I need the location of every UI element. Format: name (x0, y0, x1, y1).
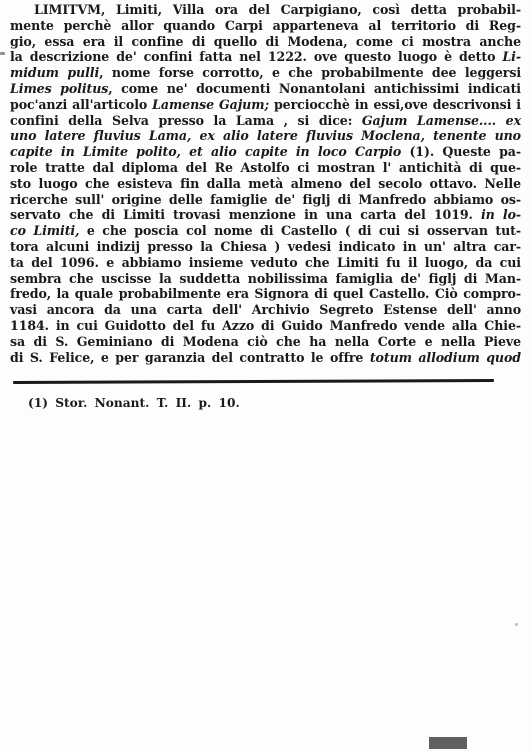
text-line: role tratte dal diploma del Re Astolfo c… (10, 160, 521, 176)
text-line: capite in Limite polito, et alio capite … (10, 144, 521, 160)
text-line: vasi ancora da una carta dell' Archivio … (10, 302, 521, 318)
text-line: Limes politus, come ne' documenti Nonant… (10, 81, 521, 97)
text-run: , nome forse corrotto, e che probabilmen… (99, 65, 521, 80)
text-run-italic: Li- (502, 49, 521, 64)
text-run: poc'anzi all'articolo (10, 97, 152, 112)
scan-speck-left (0, 52, 5, 55)
scan-artifact-box (429, 737, 467, 749)
text-line: tora alcuni indizij presso la Chiesa ) v… (10, 239, 521, 255)
text-line: confini della Selva presso la Lama , si … (10, 113, 521, 129)
text-line: la descrizione de' confini fatta nel 122… (10, 49, 521, 65)
text-line: sembra che uscisse la suddetta nobilissi… (10, 271, 521, 287)
text-run-italic: uno latere fluvius Lama, ex alio latere … (10, 128, 521, 143)
text-run-italic: in lo- (481, 207, 521, 222)
text-line: sto luogo che esisteva fin dalla metà al… (10, 176, 521, 192)
text-run: sembra che uscisse la suddetta nobilissi… (10, 271, 521, 286)
text-run-italic: Gajum Lamense.... ex (362, 113, 521, 128)
text-run: tora alcuni indizij presso la Chiesa ) v… (10, 239, 521, 254)
scan-speck-right (515, 623, 518, 626)
text-run: fredo, la quale probabilmente era Signor… (10, 286, 521, 301)
text-run: mente perchè allor quando Carpi apparten… (10, 18, 521, 33)
text-run: sa di S. Geminiano di Modena ciò che ha … (10, 334, 521, 349)
text-run: , come ne' documenti Nonantolani antichi… (108, 81, 521, 96)
footnote-rule (13, 379, 494, 384)
text-run: vasi ancora da una carta dell' Archivio … (10, 302, 521, 317)
text-run: sto luogo che esisteva fin dalla metà al… (10, 176, 521, 191)
text-run-italic: totum allodium quod (370, 350, 521, 365)
text-run-italic: co Limiti, (10, 223, 79, 238)
text-run: la descrizione de' confini fatta nel 122… (10, 49, 502, 64)
text-run: perciocchè in essi,ove descrivonsi i (269, 97, 521, 112)
text-run: ricerche sull' origine delle famiglie de… (10, 192, 521, 207)
text-line: ta del 1096. e abbiamo insieme veduto ch… (10, 255, 521, 271)
text-run: ta del 1096. e abbiamo insieme veduto ch… (10, 255, 521, 270)
text-run-italic: Limes politus (10, 81, 108, 96)
text-line: uno latere fluvius Lama, ex alio latere … (10, 128, 521, 144)
book-page-scan: { "colors": { "paper": "#fdfdfd", "ink":… (0, 0, 531, 750)
body-text-block: LIMITVM, Limiti, Villa ora del Carpigian… (10, 2, 521, 365)
text-run-italic: midum pulli (10, 65, 99, 80)
text-run-italic: capite in Limite polito, et alio capite … (10, 144, 401, 159)
text-run-italic: Lamense Gajum; (152, 97, 269, 112)
text-run: di S. Felice, e per garanzia del contrat… (10, 350, 370, 365)
text-run: (1). Queste pa- (401, 144, 521, 159)
text-line: fredo, la quale probabilmente era Signor… (10, 286, 521, 302)
text-run: servato che di Limiti trovasi menzione i… (10, 207, 481, 222)
text-run: confini della Selva presso la Lama , si … (10, 113, 362, 128)
text-line: servato che di Limiti trovasi menzione i… (10, 207, 521, 223)
text-run: gio, essa era il confine di quello di Mo… (10, 34, 521, 49)
text-line: di S. Felice, e per garanzia del contrat… (10, 350, 521, 366)
text-line: 1184. in cui Guidotto del fu Azzo di Gui… (10, 318, 521, 334)
text-line: mente perchè allor quando Carpi apparten… (10, 18, 521, 34)
text-line: ricerche sull' origine delle famiglie de… (10, 192, 521, 208)
text-run: LIMITVM, Limiti, Villa ora del Carpigian… (34, 2, 521, 17)
text-run: e che poscia col nome di Castello ( di c… (79, 223, 521, 238)
text-run: 1184. in cui Guidotto del fu Azzo di Gui… (10, 318, 521, 333)
text-run: role tratte dal diploma del Re Astolfo c… (10, 160, 521, 175)
text-line: midum pulli, nome forse corrotto, e che … (10, 65, 521, 81)
text-line: LIMITVM, Limiti, Villa ora del Carpigian… (10, 2, 521, 18)
text-line: co Limiti, e che poscia col nome di Cast… (10, 223, 521, 239)
text-line: sa di S. Geminiano di Modena ciò che ha … (10, 334, 521, 350)
footnote-text: (1) Stor. Nonant. T. II. p. 10. (28, 396, 240, 411)
text-line: gio, essa era il confine di quello di Mo… (10, 34, 521, 50)
text-line: poc'anzi all'articolo Lamense Gajum; per… (10, 97, 521, 113)
